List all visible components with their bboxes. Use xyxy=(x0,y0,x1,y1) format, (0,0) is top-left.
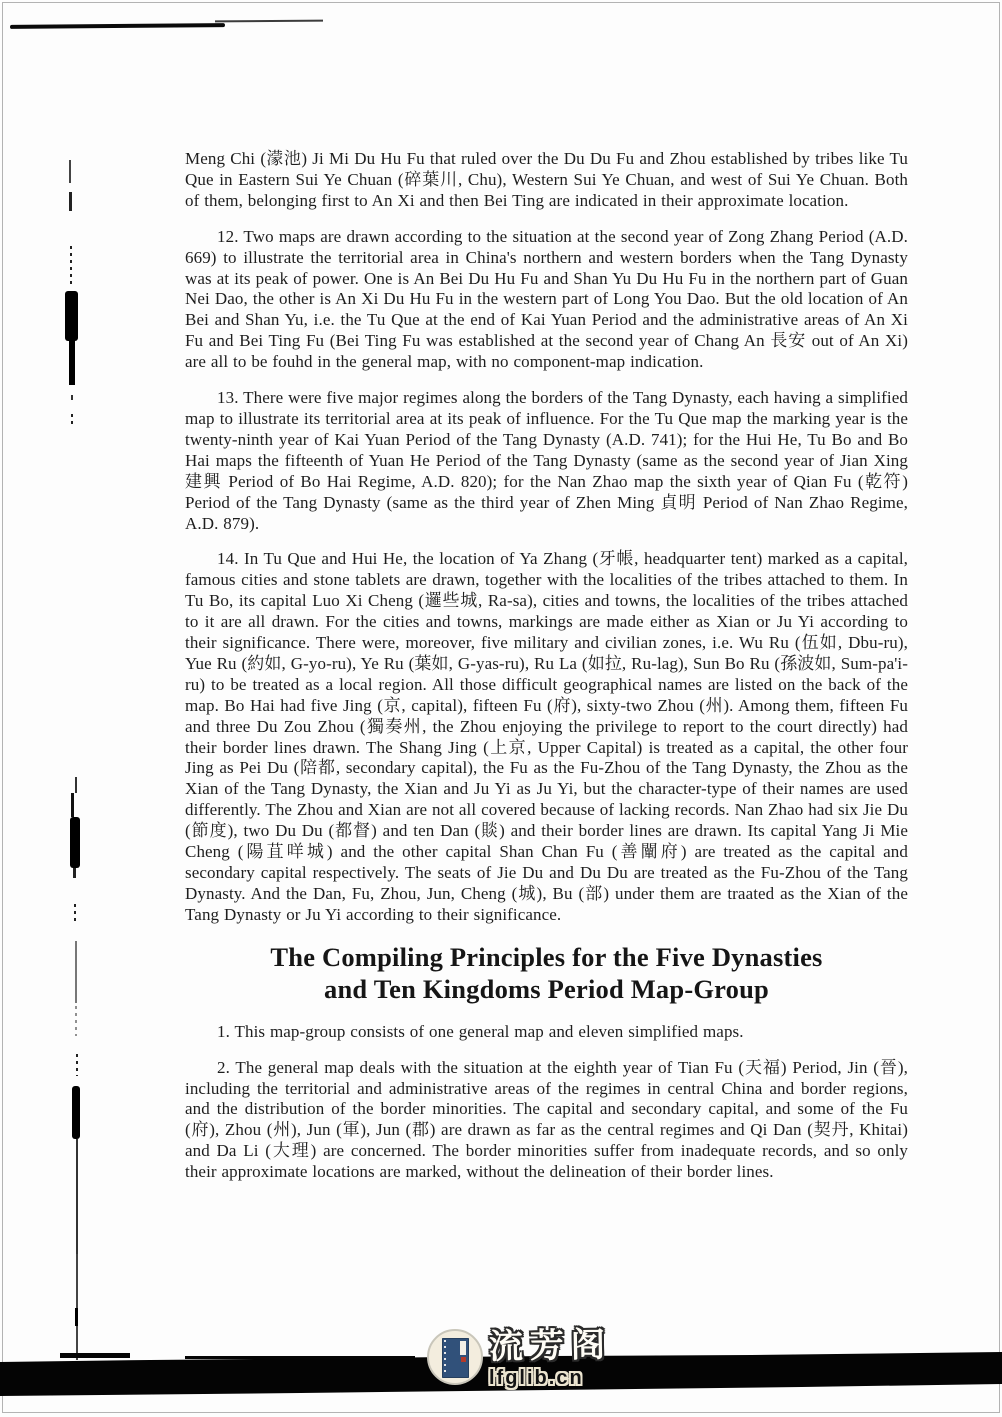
scan-artifact xyxy=(73,868,76,878)
scanned-book-page: Meng Chi (濛池) Ji Mi Du Hu Fu that ruled … xyxy=(0,0,1002,1417)
scan-artifact xyxy=(69,160,71,183)
paragraph-mengchi: Meng Chi (濛池) Ji Mi Du Hu Fu that ruled … xyxy=(185,149,908,212)
scan-artifact xyxy=(70,817,80,868)
scan-artifact xyxy=(71,414,73,426)
section-heading: The Compiling Principles for the Five Dy… xyxy=(185,941,908,1005)
scan-artifact xyxy=(75,941,77,1003)
paragraph-1: 1. This map-group consists of one genera… xyxy=(185,1022,908,1043)
scan-artifact-top-line xyxy=(10,23,225,29)
book-cover xyxy=(442,1338,469,1378)
scan-artifact xyxy=(69,192,72,211)
scan-artifact xyxy=(60,1353,130,1358)
scan-artifact xyxy=(70,246,72,284)
watermark-site-url: lfglib.cn xyxy=(489,1367,612,1389)
scan-artifact xyxy=(75,1308,78,1326)
scan-artifact xyxy=(76,1254,78,1360)
paragraph-2: 2. The general map deals with the situat… xyxy=(185,1058,908,1183)
section-heading-line1: The Compiling Principles for the Five Dy… xyxy=(270,942,822,972)
book-stitch-icon xyxy=(444,1340,446,1376)
section-heading-line2: and Ten Kingdoms Period Map-Group xyxy=(324,974,769,1004)
paragraph-12: 12. Two maps are drawn according to the … xyxy=(185,227,908,373)
scan-artifact xyxy=(74,904,76,921)
scan-artifact xyxy=(185,1356,415,1359)
watermark-text: 流芳阁 lfglib.cn xyxy=(489,1329,612,1389)
scan-artifact xyxy=(71,395,73,400)
book-seal-icon xyxy=(461,1357,466,1362)
scan-artifact-top-line xyxy=(215,20,323,23)
scan-artifact xyxy=(76,1054,78,1076)
book-icon xyxy=(427,1329,483,1385)
scan-artifact xyxy=(72,1086,80,1139)
watermark-site-name: 流芳阁 xyxy=(489,1328,613,1366)
scan-artifact xyxy=(69,340,75,385)
paragraph-13: 13. There were five major regimes along … xyxy=(185,388,908,534)
page-text-column: Meng Chi (濛池) Ji Mi Du Hu Fu that ruled … xyxy=(185,149,908,1198)
paragraph-14: 14. In Tu Que and Hui He, the location o… xyxy=(185,549,908,925)
book-label-icon xyxy=(460,1341,466,1355)
scan-artifact xyxy=(76,1139,78,1254)
scan-artifact xyxy=(75,1006,77,1036)
watermark-logo: 流芳阁 lfglib.cn xyxy=(427,1329,612,1389)
scan-artifact xyxy=(71,793,74,817)
scan-artifact xyxy=(65,291,78,341)
scan-artifact xyxy=(75,777,77,793)
